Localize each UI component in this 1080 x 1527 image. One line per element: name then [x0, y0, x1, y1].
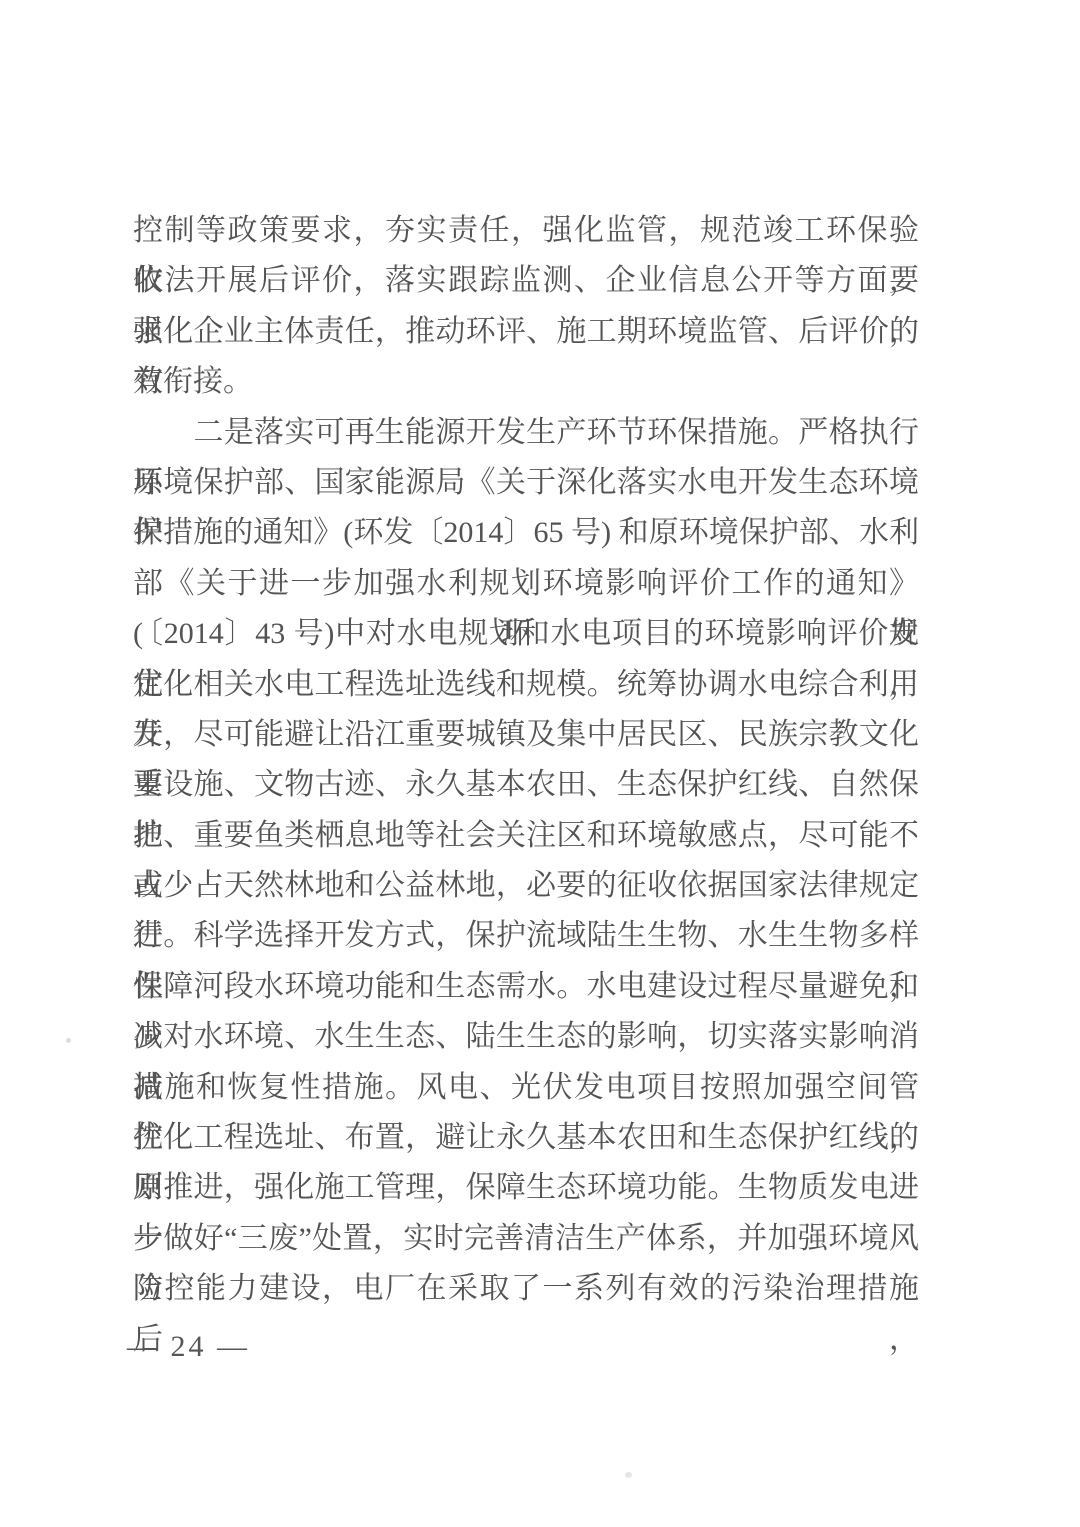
body-text: 控制等政策要求，夯实责任，强化监管，规范竣工环保验收， 依法开展后评价，落实跟踪… [133, 206, 919, 1315]
text-line: 环境保护部、国家能源局《关于深化落实水电开发生态环境保 [133, 458, 919, 508]
text-line: 优化工程选址、布置，避让永久基本农田和生态保护红线的原 [133, 1113, 919, 1163]
text-line: 防控能力建设，电厂在采取了一系列有效的污染治理措施后， [133, 1264, 919, 1314]
text-line: 则推进，强化施工管理，保障生态环境功能。生物质发电进一 [133, 1163, 919, 1213]
text-line: 措施和恢复性措施。风电、光伏发电项目按照加强空间管控， [133, 1063, 919, 1113]
text-line: 发，尽可能避让沿江重要城镇及集中居民区、民族宗教文化重 [133, 710, 919, 760]
text-line: 部《关于进一步加强水利规划环境影响评价工作的通知》(环发 [133, 559, 919, 609]
text-line: 或少占天然林地和公益林地，必要的征收依据国家法律规定进 [133, 861, 919, 911]
text-line: 控制等政策要求，夯实责任，强化监管，规范竣工环保验收， [133, 206, 919, 256]
text-line: 〔2014〕43 号)中对水电规划和水电项目的环境影响评价规定， [133, 609, 919, 659]
page-number: — 24 — [127, 1328, 250, 1366]
document-page: 控制等政策要求，夯实责任，强化监管，规范竣工环保验收， 依法开展后评价，落实跟踪… [0, 0, 1080, 1527]
text-line: 强化企业主体责任，推动环评、施工期环境监管、后评价的有 [133, 307, 919, 357]
text-line: 二是落实可再生能源开发生产环节环保措施。严格执行原 [133, 408, 919, 458]
text-line: 护措施的通知》(环发〔2014〕65 号) 和原环境保护部、水利 [133, 508, 919, 558]
text-line: 效衔接。 [133, 357, 919, 407]
text-line: 保障河段水环境功能和生态需水。水电建设过程尽量避免和减 [133, 962, 919, 1012]
text-line: 行。科学选择开发方式，保护流域陆生生物、水生生物多样性， [133, 911, 919, 961]
scan-speck [66, 1038, 71, 1043]
text-line: 少对水环境、水生生态、陆生生态的影响，切实落实影响消减 [133, 1012, 919, 1062]
text-line: 依法开展后评价，落实跟踪监测、企业信息公开等方面要求， [133, 256, 919, 306]
text-line: 要设施、文物古迹、永久基本农田、生态保护红线、自然保护 [133, 760, 919, 810]
text-line: 步做好“三废”处置，实时完善清洁生产体系，并加强环境风险 [133, 1214, 919, 1264]
text-line: 地、重要鱼类栖息地等社会关注区和环境敏感点，尽可能不占 [133, 811, 919, 861]
scan-speck [625, 1472, 632, 1478]
text-line: 优化相关水电工程选址选线和规模。统筹协调水电综合利用开 [133, 660, 919, 710]
